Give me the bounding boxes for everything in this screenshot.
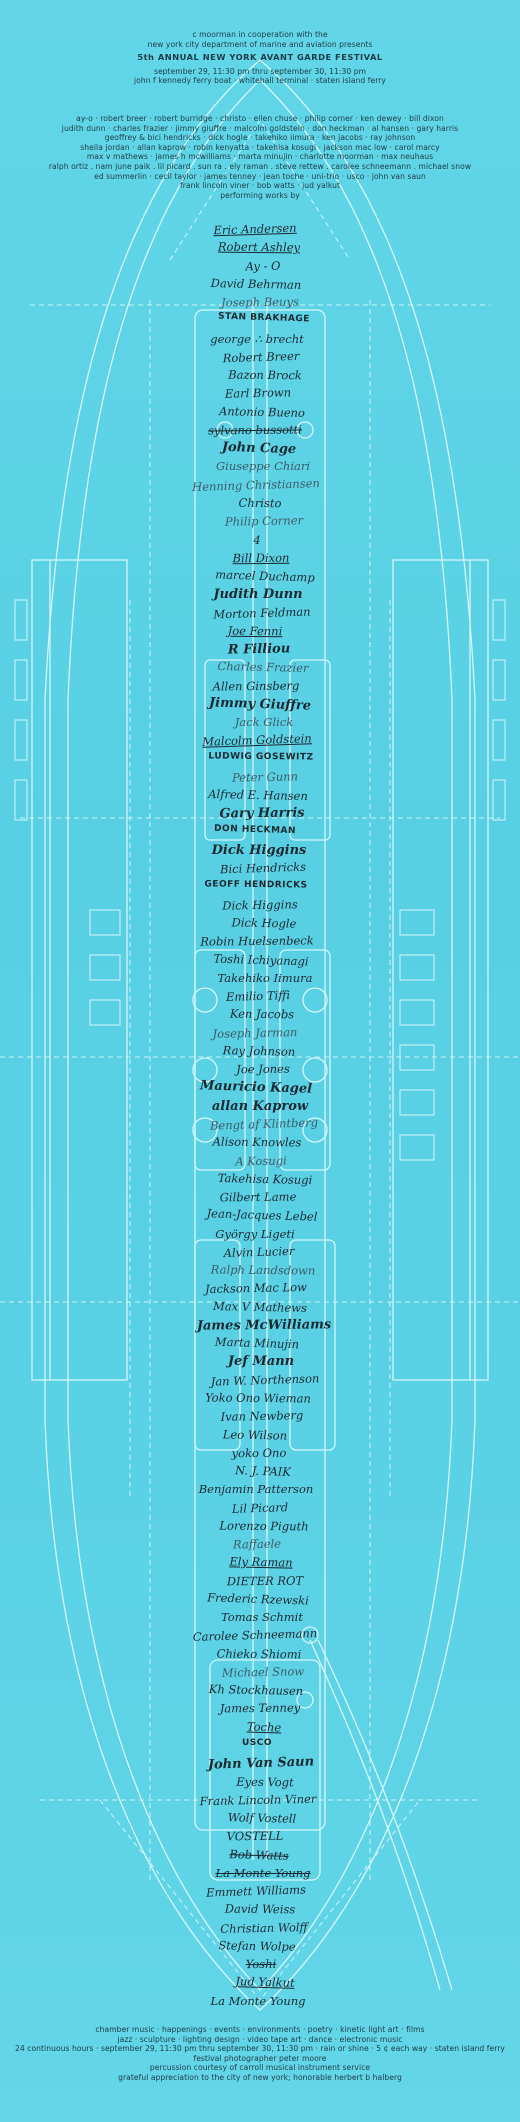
signature: Toche	[154, 1716, 374, 1737]
signature: Dick Hogle	[154, 914, 374, 933]
signature: Ay - O	[153, 256, 373, 275]
signature: Dick Higgins	[150, 896, 370, 915]
signature: Allen Ginsberg	[146, 677, 366, 693]
performers-line: frank lincoln viner · bob watts · jud ya…	[0, 181, 520, 191]
signature: Bengt af Klintberg	[154, 1114, 374, 1135]
signature: Ralph Landsdown	[153, 1262, 373, 1278]
signature: Gilbert Lame	[148, 1189, 368, 1205]
signature: Jimmy Giuffre	[150, 693, 370, 715]
footer-line: jazz · sculpture · lighting design · vid…	[0, 2035, 520, 2045]
signature: yoko Ono	[149, 1445, 369, 1461]
signature: Tomas Schmit	[152, 1610, 372, 1624]
festival-dates: september 29, 11:30 pm thru september 30…	[0, 67, 520, 77]
performers-line: max v mathews · james h mcwilliams · mar…	[0, 152, 520, 162]
signature: Dick Higgins	[149, 843, 369, 858]
signature: Toshi Ichiyanagi	[151, 949, 371, 970]
signature: Marta Minujin	[147, 1333, 367, 1354]
signature: Christo	[150, 495, 370, 511]
presenter-line-2: new york city department of marine and a…	[0, 40, 520, 50]
signature: La Monte Young	[153, 1866, 373, 1880]
signature: Bici Hendricks	[153, 858, 373, 879]
signature: Kh Stockhausen	[146, 1681, 366, 1700]
signature: Robin Huelsenbeck	[147, 933, 367, 949]
signature: Alison Knowles	[147, 1134, 367, 1150]
signature: Jef Mann	[151, 1354, 371, 1369]
signature: Lil Picard	[150, 1497, 370, 1518]
footer-line: festival photographer peter moore	[0, 2054, 520, 2064]
signature: USCO	[147, 1738, 367, 1748]
signature: La Monte Young	[148, 1994, 368, 2008]
performing-works-by-label: performing works by	[0, 191, 520, 201]
signature: Judith Dunn	[148, 587, 368, 602]
signature: Bob Watts	[149, 1844, 369, 1865]
signature: R Filliou	[149, 640, 369, 660]
signature: Malcolm Goldstein	[147, 730, 367, 751]
signature: Alvin Lucier	[149, 1241, 369, 1262]
signature: VOSTELL	[145, 1828, 365, 1844]
signature: Mauricio Kagel	[146, 1077, 366, 1099]
signature: John Cage	[149, 438, 369, 460]
signature: Earl Brown	[148, 384, 368, 403]
signature: Frank Lincoln Viner	[148, 1791, 368, 1810]
signature: Eric Andersen	[145, 219, 365, 240]
performers-line: ay-o · robert breer · robert burridge · …	[0, 114, 520, 124]
footer-line: 24 continuous hours · september 29, 11:3…	[0, 2044, 520, 2054]
signature: David Behrman	[146, 274, 366, 293]
signature: Wolf Vostell	[152, 1809, 372, 1828]
signature: Max V Mathews	[150, 1297, 370, 1316]
signature: Leo Wilson	[145, 1425, 365, 1444]
signature: Stefan Wolpe	[147, 1937, 367, 1956]
signature: Chieko Shiomi	[149, 1646, 369, 1662]
signature: marcel Duchamp	[155, 566, 375, 587]
signature: Antonio Bueno	[152, 402, 372, 421]
signature: GEOFF HENDRICKS	[146, 878, 366, 890]
signature: Benjamin Patterson	[146, 1482, 366, 1496]
signature: Lorenzo Piguth	[154, 1518, 374, 1534]
signature: Jan W. Northenson	[155, 1369, 375, 1390]
signature: LUDWIG GOSEWITZ	[151, 751, 371, 763]
signature: DON HECKMAN	[145, 821, 365, 838]
performers-line: ralph ortiz . nam june paik . lil picard…	[0, 162, 520, 172]
signature: Jean-Jacques Lebel	[152, 1205, 372, 1226]
signature: Raffaele	[147, 1535, 367, 1554]
signature: Giuseppe Chiari	[153, 459, 373, 473]
signature: Gary Harris	[152, 805, 372, 822]
signature: Morton Feldman	[152, 602, 372, 623]
signature: Takehiko Iimura	[155, 971, 375, 985]
signature: Robert Breer	[151, 346, 371, 367]
festival-location: john f kennedy ferry boat · whitehall te…	[0, 76, 520, 86]
signature: Alfred E. Hansen	[148, 786, 368, 805]
signature: Carolee Schneemann	[145, 1625, 365, 1646]
signature: N. J. PAIK	[153, 1461, 373, 1482]
signature: Ray Johnson	[149, 1042, 369, 1061]
signature: Philip Corner	[154, 512, 374, 531]
signature: Bazon Brock	[155, 367, 375, 383]
signature: Emmett Williams	[146, 1881, 366, 1902]
signature: Emilio Tiffi	[148, 986, 368, 1007]
signature: Ken Jacobs	[152, 1006, 372, 1022]
signature: A Kosugi	[151, 1151, 371, 1170]
signature: allan Kaprow	[150, 1099, 370, 1114]
performers-line: judith dunn · charles frazier · jimmy gi…	[0, 124, 520, 134]
signature: James Tenney	[150, 1700, 370, 1716]
signature: Jud Yalkut	[155, 1972, 375, 1993]
footer-line: percussion courtesy of carroll musical i…	[0, 2063, 520, 2073]
signature: Joe Jones	[153, 1061, 373, 1077]
signature: Peter Gunn	[155, 768, 375, 787]
footer-line: chamber music · happenings · events · en…	[0, 2025, 520, 2035]
signature: Joe Fenni	[145, 623, 365, 639]
signature: Christian Wolff	[154, 1918, 374, 1937]
festival-title: 5th ANNUAL NEW YORK AVANT GARDE FESTIVAL	[0, 53, 520, 63]
signature: DIETER ROT	[155, 1572, 375, 1588]
signature: Eyes Vogt	[155, 1773, 375, 1789]
performers-line: geoffrey & bici hendricks · dick hogle ·…	[0, 133, 520, 143]
signature: Ely Raman	[151, 1553, 371, 1572]
signature: Ivan Newberg	[152, 1407, 372, 1426]
header-block: c moorman in cooperation with the new yo…	[0, 30, 520, 86]
presenter-line-1: c moorman in cooperation with the	[0, 30, 520, 40]
signature: David Weiss	[150, 1901, 370, 1917]
signature: Robert Ashley	[149, 239, 369, 255]
signature: Charles Frazier	[153, 658, 373, 677]
signature: Yoshi	[151, 1956, 371, 1972]
footer-block: chamber music · happenings · events · en…	[0, 2025, 520, 2083]
signature: Takehisa Kosugi	[155, 1169, 375, 1188]
signature: 4	[147, 530, 367, 549]
signature: Bill Dixon	[151, 550, 371, 566]
signature: sylvano bussotti	[145, 422, 365, 438]
signature: Jack Glick	[154, 715, 374, 729]
festival-poster: c moorman in cooperation with the new yo…	[0, 0, 520, 2122]
signature: Michael Snow	[153, 1663, 373, 1682]
signature: György Ligeti	[145, 1227, 365, 1241]
performers-line: ed summerlin · cecil taylor · james tenn…	[0, 172, 520, 182]
signature: Jackson Mac Low	[146, 1279, 366, 1298]
signature: Henning Christiansen	[146, 474, 366, 495]
signature: John Van Saun	[151, 1753, 371, 1775]
footer-line: grateful appreciation to the city of new…	[0, 2073, 520, 2083]
signature: James McWilliams	[154, 1317, 374, 1334]
signature: Yoko Ono Wieman	[148, 1390, 368, 1406]
signature: STAN BRAKHAGE	[154, 310, 374, 327]
signature: Frederic Rzewski	[148, 1588, 368, 1609]
composer-signatures: Eric AndersenRobert AshleyAy - ODavid Be…	[150, 222, 370, 2022]
signature: Joseph Beuys	[150, 294, 370, 310]
performers-line: sheila jordan · allan kaprow · robin ken…	[0, 143, 520, 153]
performers-list: ay-o · robert breer · robert burridge · …	[0, 114, 520, 200]
signature: Joseph Jarman	[145, 1023, 365, 1042]
signature: george ∴ brecht	[147, 332, 367, 346]
